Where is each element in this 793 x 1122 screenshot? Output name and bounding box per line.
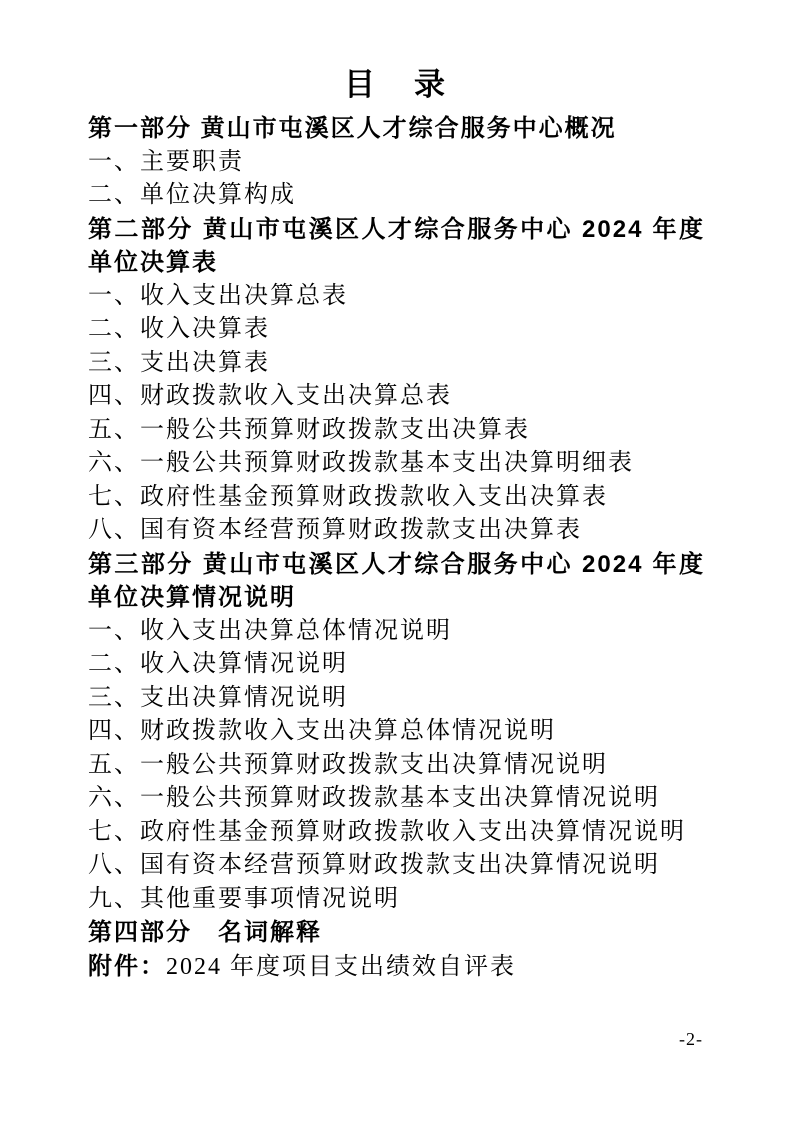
toc-section-3-heading: 第三部分 黄山市屯溪区人才综合服务中心 2024 年度单位决算情况说明 [88,548,705,615]
page-number: -2- [679,1028,703,1050]
toc-item: 四、财政拨款收入支出决算总体情况说明 [88,715,705,749]
toc-item: 四、财政拨款收入支出决算总表 [88,380,705,414]
attachment-text: 2024 年度项目支出绩效自评表 [166,954,516,980]
toc-item: 二、收入决算表 [88,313,705,347]
toc-title: 目 录 [88,66,705,104]
toc-item: 八、国有资本经营预算财政拨款支出决算表 [88,514,705,548]
toc-item: 七、政府性基金预算财政拨款收入支出决算情况说明 [88,816,705,850]
document-page: 目 录 第一部分 黄山市屯溪区人才综合服务中心概况 一、主要职责 二、单位决算构… [0,0,793,1122]
toc-item: 七、政府性基金预算财政拨款收入支出决算表 [88,481,705,515]
toc-item: 一、收入支出决算总体情况说明 [88,615,705,649]
toc-item: 六、一般公共预算财政拨款基本支出决算明细表 [88,447,705,481]
toc-section-4-heading: 第四部分 名词解释 [88,916,705,950]
toc-section-2-heading: 第二部分 黄山市屯溪区人才综合服务中心 2024 年度单位决算表 [88,213,705,280]
toc-item: 五、一般公共预算财政拨款支出决算表 [88,414,705,448]
toc-item: 三、支出决算情况说明 [88,682,705,716]
toc-item: 九、其他重要事项情况说明 [88,883,705,917]
toc-item: 一、主要职责 [88,146,705,180]
toc-item: 二、单位决算构成 [88,179,705,213]
toc-item: 五、一般公共预算财政拨款支出决算情况说明 [88,749,705,783]
toc-item: 六、一般公共预算财政拨款基本支出决算情况说明 [88,782,705,816]
toc-item: 三、支出决算表 [88,347,705,381]
toc-item: 二、收入决算情况说明 [88,648,705,682]
toc-attachment-line: 附件：2024 年度项目支出绩效自评表 [88,950,705,985]
toc-item: 八、国有资本经营预算财政拨款支出决算情况说明 [88,849,705,883]
attachment-label: 附件： [88,953,166,980]
toc-content: 目 录 第一部分 黄山市屯溪区人才综合服务中心概况 一、主要职责 二、单位决算构… [88,66,705,984]
toc-item: 一、收入支出决算总表 [88,280,705,314]
toc-section-1-heading: 第一部分 黄山市屯溪区人才综合服务中心概况 [88,112,705,146]
